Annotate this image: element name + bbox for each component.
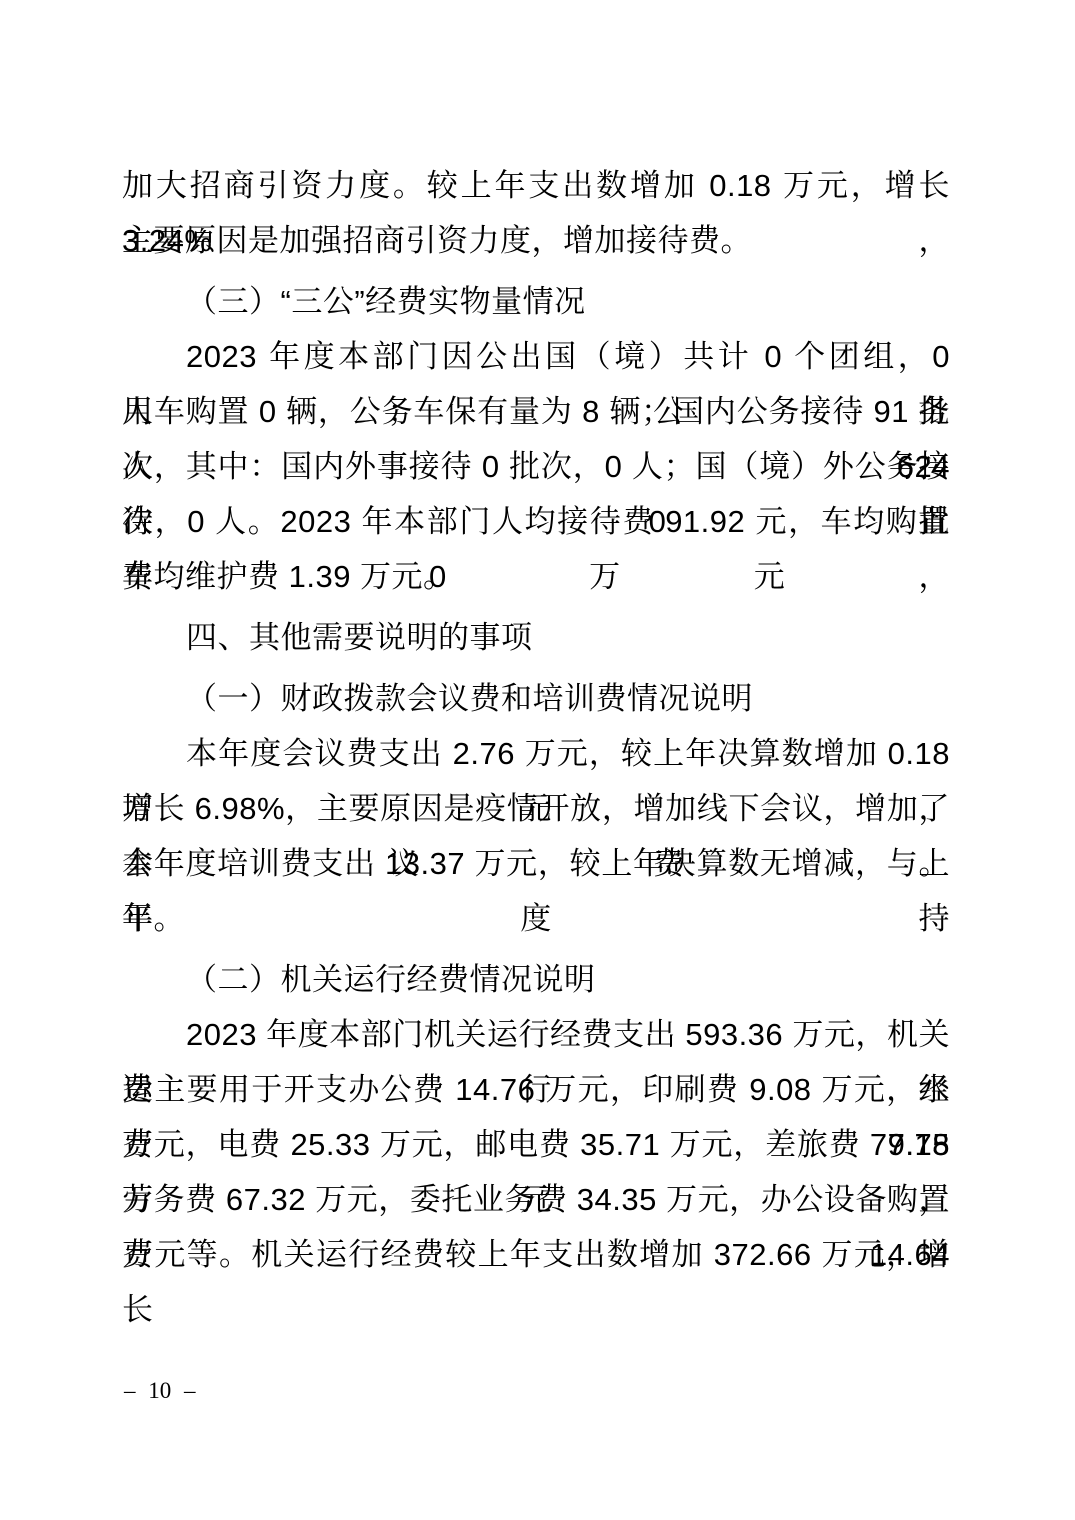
page-number: – 10 – [124,1376,196,1406]
text-line: 本年度培训费支出 13.37 万元，较上年决算数无增减，与上年度持 [122,836,950,891]
text-line: 万元等。机关运行经费较上年支出数增加 372.66 万元，增长 [122,1227,950,1282]
text-line: 费主要用于开支办公费 14.76 万元，印刷费 9.08 万元，水费 7.15 [122,1062,950,1117]
text-line: 劳务费 67.32 万元，委托业务费 34.35 万元，办公设备购置费 14.6… [122,1172,950,1227]
text-line: 本年度会议费支出 2.76 万元，较上年决算数增加 0.18 万元， [122,726,950,781]
text-line: 万元，电费 25.33 万元，邮电费 35.71 万元，差旅费 79.78 万元… [122,1117,950,1172]
document-body: 加大招商引资力度。较上年支出数增加 0.18 万元，增长 3.24%，主要原因是… [122,158,950,1282]
text-line: 用车购置 0 辆，公务车保有量为 8 辆；国内公务接待 91 批次 624 [122,384,950,439]
text-line: 人，其中：国内外事接待 0 批次，0 人；国（境）外公务接待 0 批 [122,439,950,494]
heading-line: （一）财政拨款会议费和培训费情况说明 [122,671,950,726]
text-line: 2023 年度本部门因公出国（境）共计 0 个团组，0 人；公务 [122,329,950,384]
text-line: 2023 年度本部门机关运行经费支出 593.36 万元，机关运行经 [122,1007,950,1062]
text-line: 加大招商引资力度。较上年支出数增加 0.18 万元，增长 3.24%， [122,158,950,213]
text-line: 次，0 人。2023 年本部门人均接待费 91.92 元，车均购置费 0 万元， [122,494,950,549]
document-page: 加大招商引资力度。较上年支出数增加 0.18 万元，增长 3.24%，主要原因是… [0,0,1075,1520]
heading-line: （三）“三公”经费实物量情况 [122,274,950,329]
text-line: 增长 6.98%，主要原因是疫情开放，增加线下会议，增加了会议费。 [122,781,950,836]
heading-line: （二）机关运行经费情况说明 [122,952,950,1007]
heading-line: 四、其他需要说明的事项 [122,610,950,665]
